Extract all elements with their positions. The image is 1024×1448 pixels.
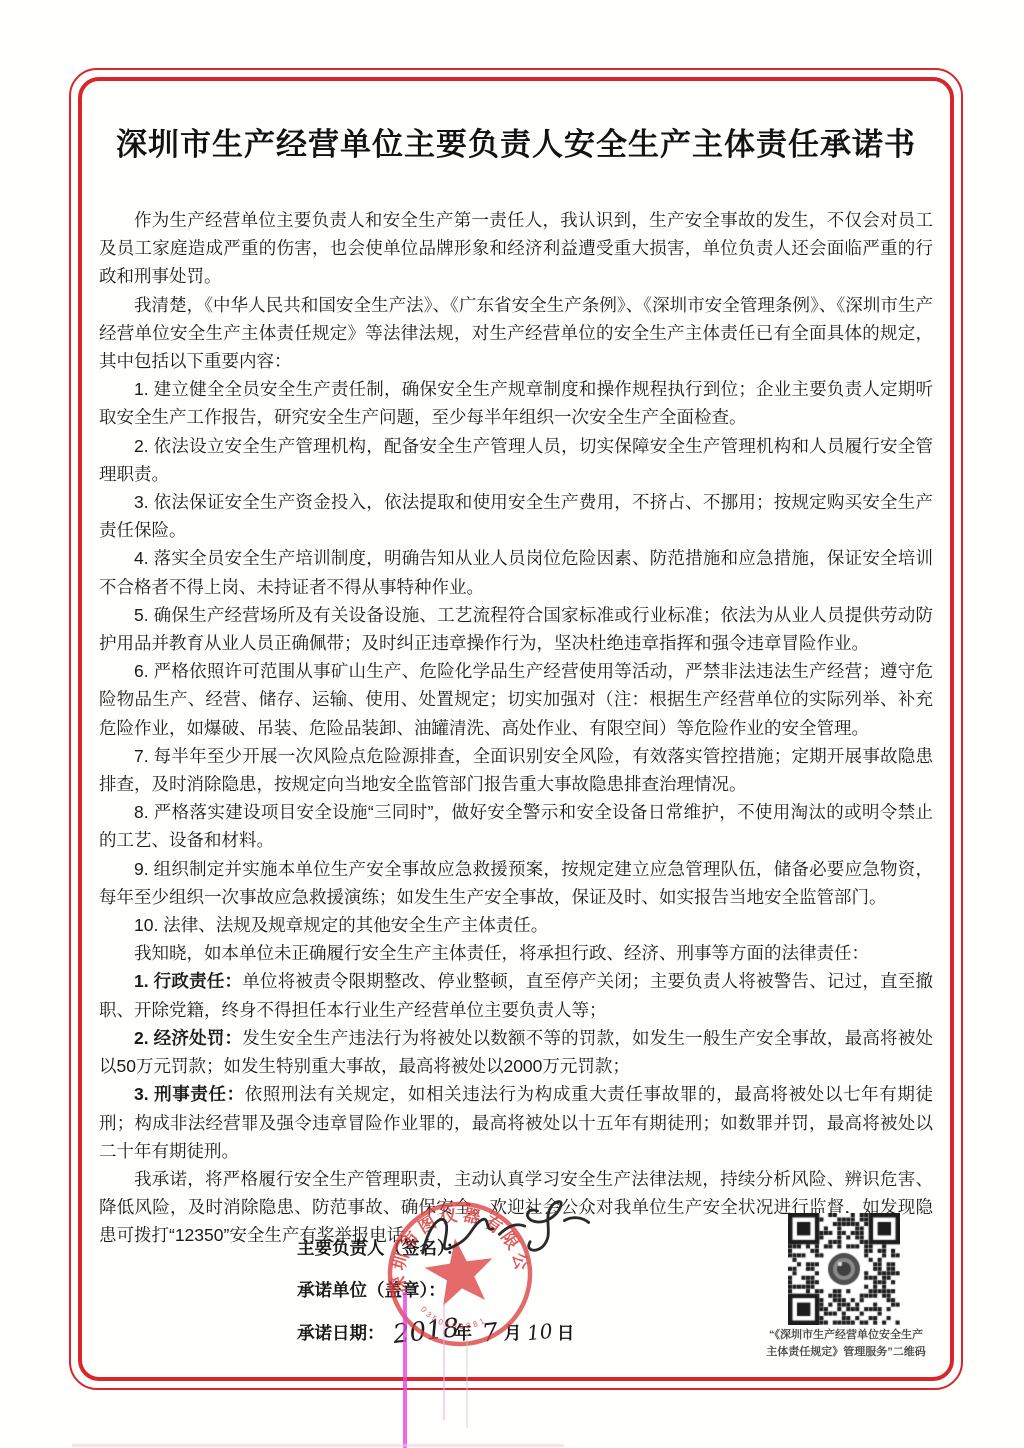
- qr-caption-line1: “《深圳市生产经营单位安全生产: [744, 1327, 948, 1344]
- ink-bleed-streak: [403, 1292, 407, 1448]
- paragraph: 我清楚，《中华人民共和国安全生产法》、《广东省安全生产条例》、《深圳市安全管理条…: [99, 291, 933, 376]
- paragraph: 5. 确保生产经营场所及有关设备设施、工艺流程符合国家标准或行业标准；依法为从业…: [99, 601, 933, 657]
- paragraph: 6. 严格依照许可范围从事矿山生产、危险化学品生产经营使用等活动，严禁非法违法生…: [99, 657, 933, 742]
- paragraph: 8. 严格落实建设项目安全设施“三同时”，做好安全警示和安全设备日常维护，不使用…: [99, 798, 933, 854]
- paragraph: 我知晓，如本单位未正确履行安全生产主体责任，将承担行政、经济、刑事等方面的法律责…: [99, 939, 933, 967]
- day-unit: 日: [557, 1320, 575, 1345]
- date-label: 承诺日期：: [297, 1320, 385, 1345]
- paragraph: 作为生产经营单位主要负责人和安全生产第一责任人，我认识到，生产安全事故的发生，不…: [99, 206, 933, 291]
- page-title: 深圳市生产经营单位主要负责人安全生产主体责任承诺书: [69, 119, 963, 164]
- scanned-document-page: 深圳市生产经营单位主要负责人安全生产主体责任承诺书 作为生产经营单位主要负责人和…: [0, 0, 1024, 1448]
- svg-text:0350508881: 0350508881: [418, 1296, 489, 1336]
- body-paragraphs: 作为生产经营单位主要负责人和安全生产第一责任人，我认识到，生产安全事故的发生，不…: [99, 206, 933, 1250]
- paragraph: 9. 组织制定并实施本单位生产安全事故应急救援预案，按规定建立应急管理队伍，储备…: [99, 855, 933, 911]
- paragraph: 3. 刑事责任：依照刑法有关规定，如相关违法行为构成重大责任事故罪的，最高将被处…: [99, 1080, 933, 1165]
- paragraph: 2. 依法设立安全生产管理机构，配备安全生产管理人员，切实保障安全生产管理机构和…: [99, 432, 933, 488]
- qr-caption: “《深圳市生产经营单位安全生产 主体责任规定》管理服务”二维码: [744, 1327, 948, 1361]
- qr-caption-line2: 主体责任规定》管理服务”二维码: [744, 1344, 948, 1361]
- scan-artifact-line: [466, 1332, 468, 1428]
- paragraph: 2. 经济处罚：发生安全生产违法行为将被处以数额不等的罚款，如发生一般生产安全事…: [99, 1024, 933, 1080]
- paragraph: 4. 落实全员安全生产培训制度，明确告知从业人员岗位危险因素、防范措施和应急措施…: [99, 544, 933, 600]
- paragraph: 1. 行政责任：单位将被责令限期整改、停业整顿，直至停产关闭；主要负责人将被警告…: [99, 967, 933, 1023]
- ink-bleed-streak: [443, 1302, 445, 1420]
- scan-artifact-edge: [72, 1444, 564, 1447]
- qr-code-canvas: [788, 1213, 900, 1325]
- paragraph: 10. 法律、法规及规章规定的其他安全生产主体责任。: [99, 911, 933, 939]
- paragraph: 7. 每半年至少开展一次风险点危险源排查，全面识别安全风险，有效落实管控措施；定…: [99, 742, 933, 798]
- qr-code: [788, 1213, 900, 1325]
- paragraph: 3. 依法保证安全生产资金投入，依法提取和使用安全生产费用，不挤占、不挪用；按规…: [99, 488, 933, 544]
- seal-serial-text: 0350508881: [418, 1296, 489, 1336]
- paragraph: 1. 建立健全全员安全生产责任制，确保安全生产规章制度和操作规程执行到位；企业主…: [99, 375, 933, 431]
- handwritten-signature: [413, 1200, 598, 1262]
